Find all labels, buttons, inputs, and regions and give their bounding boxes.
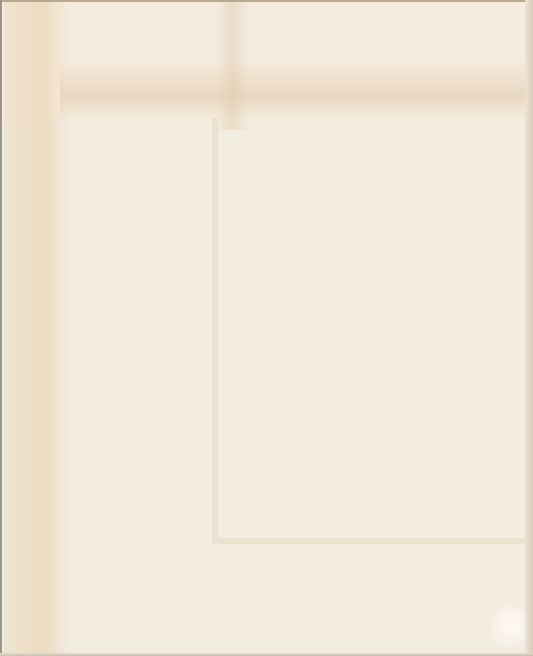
paper-page [0,0,533,656]
page-content [70,130,510,610]
right-edge [525,0,533,656]
left-aging-stain [4,0,68,656]
top-edge [0,0,533,2]
left-edge [0,0,2,656]
top-horizontal-stain [60,60,533,120]
top-vertical-stain [215,0,250,130]
